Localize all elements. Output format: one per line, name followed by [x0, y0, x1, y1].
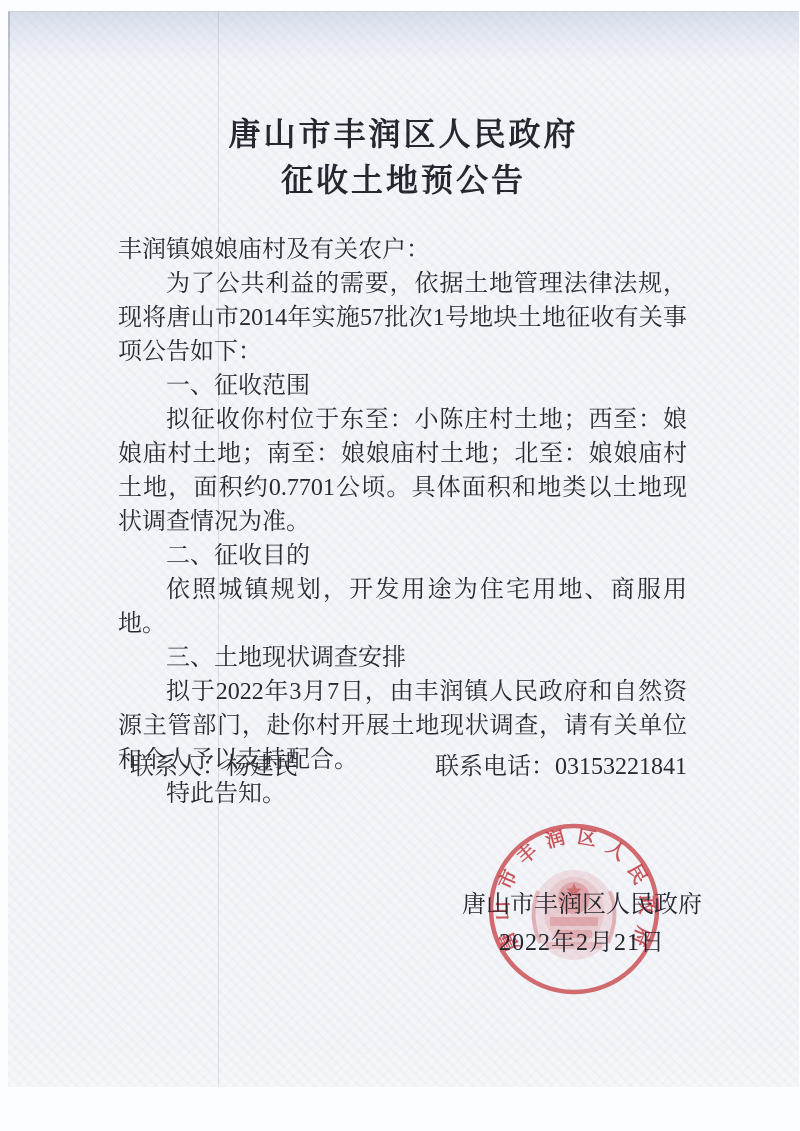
- section-heading-2: 二、征收目的: [118, 539, 687, 573]
- issuer-signature: 唐山市丰润区人民政府: [366, 890, 798, 920]
- contact-phone: 联系电话：03153221841: [435, 752, 687, 782]
- scan-left-edge: [8, 12, 10, 442]
- document-title: 唐山市丰润区人民政府 征收土地预公告: [8, 111, 799, 203]
- issue-date: 2022年2月21日: [366, 928, 798, 958]
- title-line-1: 唐山市丰润区人民政府: [8, 111, 799, 157]
- paragraph: 拟征收你村位于东至：小陈庄村土地；西至：娘娘庙村土地；南至：娘娘庙村土地；北至：…: [118, 403, 687, 539]
- contact-person: 联系人：杨建民: [130, 752, 298, 782]
- document-body: 丰润镇娘娘庙村及有关农户： 为了公共利益的需要，依据土地管理法律法规，现将唐山市…: [118, 233, 687, 811]
- paragraph: 依照城镇规划，开发用途为住宅用地、商服用地。: [118, 573, 687, 641]
- closing-line: 特此告知。: [118, 777, 687, 811]
- scanned-document: 唐山市丰润区人民政府 征收土地预公告 丰润镇娘娘庙村及有关农户： 为了公共利益的…: [0, 0, 800, 1131]
- paragraph: 为了公共利益的需要，依据土地管理法律法规，现将唐山市2014年实施57批次1号地…: [118, 267, 687, 369]
- title-line-2: 征收土地预公告: [8, 157, 799, 203]
- paper-sheet: 唐山市丰润区人民政府 征收土地预公告 丰润镇娘娘庙村及有关农户： 为了公共利益的…: [8, 11, 799, 1087]
- signature-block: 唐山市丰润区人民政府 2022年2月21日: [366, 890, 798, 958]
- salutation: 丰润镇娘娘庙村及有关农户：: [118, 233, 687, 267]
- scan-top-shadow: [8, 12, 799, 60]
- section-heading-3: 三、土地现状调查安排: [118, 641, 687, 675]
- section-heading-1: 一、征收范围: [118, 369, 687, 403]
